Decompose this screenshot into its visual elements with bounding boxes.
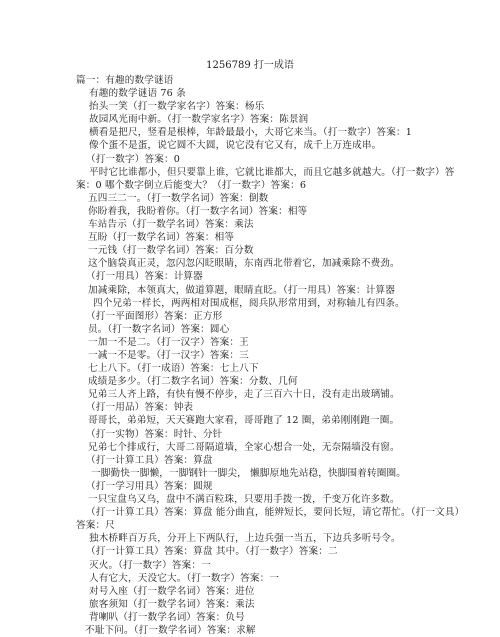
riddle-line: 答案：尺: [76, 519, 115, 533]
riddle-line: （打一用具）答案：计算器: [86, 270, 203, 284]
riddle-line: 抬头一笑（打一数学家名字）答案：杨乐: [89, 100, 264, 114]
riddle-line: 你盼着我，我盼着你。（打一数字名词）答案：相等: [88, 205, 307, 219]
riddle-line: 车站告示（打一数学名词）答案：乘法: [88, 218, 254, 232]
document-page: 1256789 打一成语 篇一：有趣的数学谜语有趣的数学谜语 76 条抬头一笑（…: [0, 0, 500, 637]
riddle-line: 灭火。（打一数字）答案：一: [89, 559, 211, 573]
riddle-line: 互盼（打一数学名词）答案：相等: [88, 231, 234, 245]
riddle-line: （打一学习用具）答案：圆规: [86, 480, 213, 494]
riddle-line: 有趣的数学谜语 76 条: [89, 87, 186, 101]
riddle-line: 一元钱（打一数学名词）答案：百分数: [88, 244, 254, 258]
riddle-line: 人有它大，天没它大。（打一数字）答案：一: [89, 572, 279, 586]
riddle-line: 哥哥长，弟弟短，天天赛跑大家看，哥哥跑了 12 圈，弟弟刚刚跑一圈。: [88, 414, 399, 428]
riddle-line: 一加一不是二。（打一汉字）答案：王: [88, 336, 249, 350]
riddle-line: （打一平面图形）答案：正方形: [86, 310, 222, 324]
riddle-line: （打一计算工具）答案：算盘 能分曲直，能辨短长，要问长短，请它帮忙。（打一文具）: [86, 506, 464, 520]
riddle-line: 员。（打一数字名词）答案：圆心: [88, 323, 229, 337]
riddle-line: 四个兄弟一样长，两两相对围成框，阅兵队形常用到，对称轴儿有四条。: [93, 297, 405, 311]
riddle-line: 兄弟七个排成行，大哥二哥隔道墙，全家心想合一处，无奈隔墙没有窗。: [88, 441, 400, 455]
riddle-line: （打一实物）答案：时针、分针: [86, 428, 222, 442]
riddle-line: 背喇叭（打一数学名词）答案：负号: [89, 611, 245, 625]
riddle-line: 一只宝盘乌又乌，盘中不满百粒珠，只要用手拨一拨，千变万化许多数。: [88, 493, 400, 507]
riddle-line: 一减一不是零。（打一汉字）答案：三: [88, 349, 249, 363]
document-title: 1256789 打一成语: [0, 59, 500, 73]
riddle-line: 平时它比谁都小，但只要靠上谁，它就比谁都大，而且它越多就越大。（打一数字）答: [89, 166, 454, 180]
riddle-line: 横看是把尺，竖看是根棒，年龄最最小，大哥它来当。（打一数字）答案：1: [89, 126, 412, 140]
riddle-line: 一脚勤快一脚懒，一脚钢针一脚尖， 懒脚原地先站稳，快脚围着转圈圈。: [91, 467, 406, 481]
riddle-line: 五四三二一。（打一数学名词）答案：倒数: [88, 192, 268, 206]
riddle-line: 篇一：有趣的数学谜语: [76, 74, 173, 88]
riddle-line: 故园风光雨中新。（打一数学家名字）答案：陈景润: [89, 113, 308, 127]
riddle-line: 加减乘除，本领真大，做道算题，眼睛直眨。（打一用具）答案：计算器: [88, 284, 395, 298]
riddle-line: （打一计算工具）答案：算盘: [86, 454, 213, 468]
riddle-line: 兄弟三人齐上路，有快有慢不停步，走了三百六十日，没有走出玻璃铺。: [88, 388, 400, 402]
riddle-line: 对号入座（打一数学名词）答案：进位: [89, 585, 255, 599]
riddle-line: 不耻下问。（打一数学名词）答案：求解: [85, 624, 256, 637]
riddle-line: （打一用品）答案：钟表: [86, 401, 193, 415]
riddle-line: （打一计算工具）答案：算盘 其中。（打一数字）答案：二: [86, 545, 338, 559]
riddle-line: 像个蛋不是蛋，说它圆不大圆，说它没有它又有，成千上万连成串。: [89, 139, 381, 153]
riddle-line: （打一数字）答案：0: [86, 153, 180, 167]
riddle-line: 这个脑袋真正灵，忽闪忽闪眨眼睛，东南西北带着它，加减乘除不费劲。: [88, 257, 400, 271]
riddle-line: 七上八下。（打一成语）答案：七上八下: [88, 362, 259, 376]
riddle-line: 案：0 哪个数字倒立后能变大？（打一数字）答案：6: [76, 179, 306, 193]
riddle-line: 旅客须知（打一数学名词）答案：乘法: [89, 598, 255, 612]
riddle-line: 成绩是多少。（打二数字名词）答案：分数、几何: [88, 375, 298, 389]
riddle-line: 独木桥畔百万兵，分开上下两队行，上边兵强一当五，下边兵多听号令。: [89, 532, 401, 546]
